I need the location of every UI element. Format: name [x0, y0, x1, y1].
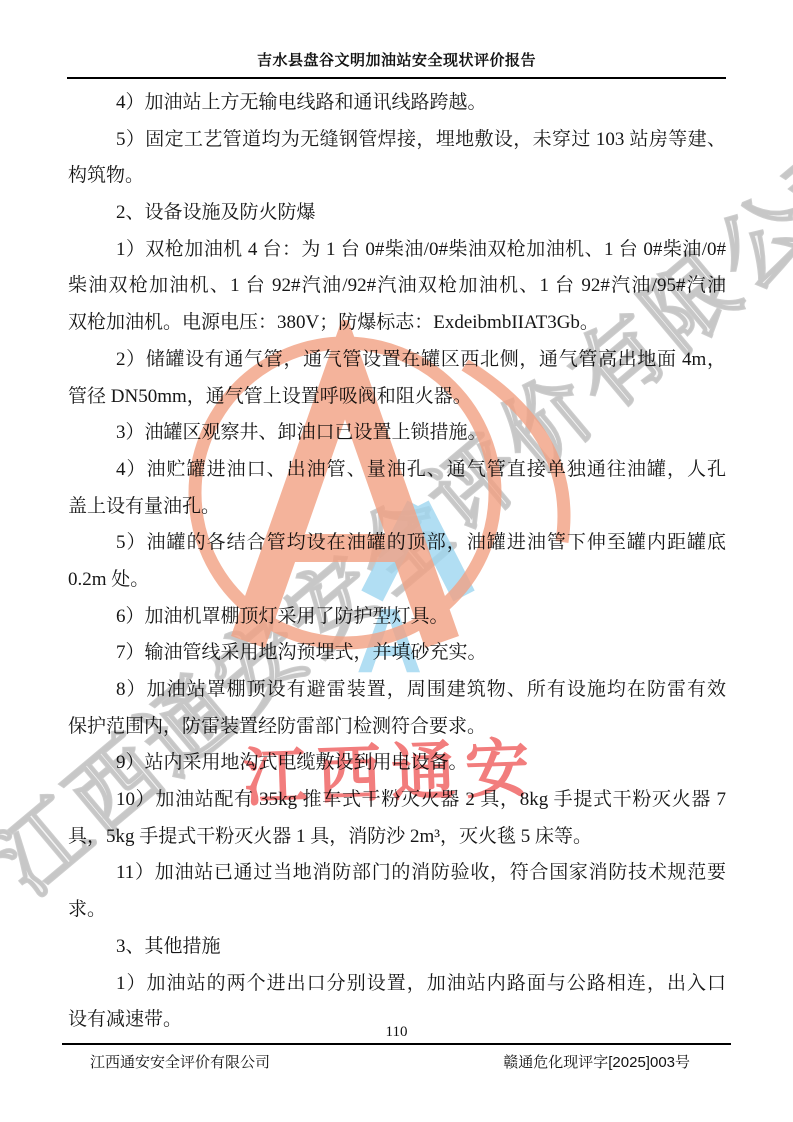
body-line: 构筑物。 — [68, 158, 726, 195]
body-line: 9）站内采用地沟式电缆敷设到用电设备。 — [68, 745, 726, 782]
body-line: 8）加油站罩棚顶设有避雷装置，周围建筑物、所有设施均在防雷有效 — [68, 672, 726, 709]
body-line: 1）双枪加油机 4 台：为 1 台 0#柴油/0#柴油双枪加油机、1 台 0#柴… — [68, 232, 726, 269]
body-text: 4）加油站上方无输电线路和通讯线路跨越。5）固定工艺管道均为无缝钢管焊接，埋地敷… — [68, 85, 726, 1039]
body-line: 2、设备设施及防火防爆 — [68, 195, 726, 232]
body-line: 求。 — [68, 892, 726, 929]
body-line: 3、其他措施 — [68, 929, 726, 966]
body-line: 柴油双枪加油机、1 台 92#汽油/92#汽油双枪加油机、1 台 92#汽油/9… — [68, 268, 726, 305]
body-line: 5）油罐的各结合管均设在油罐的顶部，油罐进油管下伸至罐内距罐底 — [68, 525, 726, 562]
body-line: 管径 DN50mm，通气管上设置呼吸阀和阻火器。 — [68, 379, 726, 416]
body-line: 4）加油站上方无输电线路和通讯线路跨越。 — [68, 85, 726, 122]
body-line: 6）加油机罩棚顶灯采用了防护型灯具。 — [68, 599, 726, 636]
body-line: 3）油罐区观察井、卸油口已设置上锁措施。 — [68, 415, 726, 452]
body-line: 5）固定工艺管道均为无缝钢管焊接，埋地敷设，未穿过 103 站房等建、 — [68, 122, 726, 159]
footer-doc-number: 赣通危化现评字[2025]003号 — [503, 1051, 690, 1072]
document-page: 吉水县盘谷文明加油站安全现状评价报告 4）加油站上方无输电线路和通讯线路跨越。5… — [0, 0, 793, 1122]
body-line: 11）加油站已通过当地消防部门的消防验收，符合国家消防技术规范要 — [68, 855, 726, 892]
page-number: 110 — [0, 1024, 793, 1041]
footer-divider — [62, 1043, 731, 1045]
body-line: 7）输油管线采用地沟预埋式，并填砂充实。 — [68, 635, 726, 672]
body-line: 4）油贮罐进油口、出油管、量油孔、通气管直接单独通往油罐，人孔 — [68, 452, 726, 489]
body-line: 双枪加油机。电源电压：380V；防爆标志：ExdeibmbIIAT3Gb。 — [68, 305, 726, 342]
page-title: 吉水县盘谷文明加油站安全现状评价报告 — [0, 49, 793, 70]
footer-company: 江西通安安全评价有限公司 — [90, 1051, 270, 1072]
body-line: 盖上设有量油孔。 — [68, 489, 726, 526]
body-line: 1）加油站的两个进出口分别设置，加油站内路面与公路相连，出入口 — [68, 966, 726, 1003]
header-divider — [67, 77, 726, 79]
body-line: 0.2m 处。 — [68, 562, 726, 599]
body-line: 具，5kg 手提式干粉灭火器 1 具，消防沙 2m³，灭火毯 5 床等。 — [68, 819, 726, 856]
body-line: 10）加油站配有 35kg 推车式干粉灭火器 2 具，8kg 手提式干粉灭火器 … — [68, 782, 726, 819]
body-line: 保护范围内，防雷装置经防雷部门检测符合要求。 — [68, 709, 726, 746]
body-line: 2）储罐设有通气管，通气管设置在罐区西北侧，通气管高出地面 4m， — [68, 342, 726, 379]
